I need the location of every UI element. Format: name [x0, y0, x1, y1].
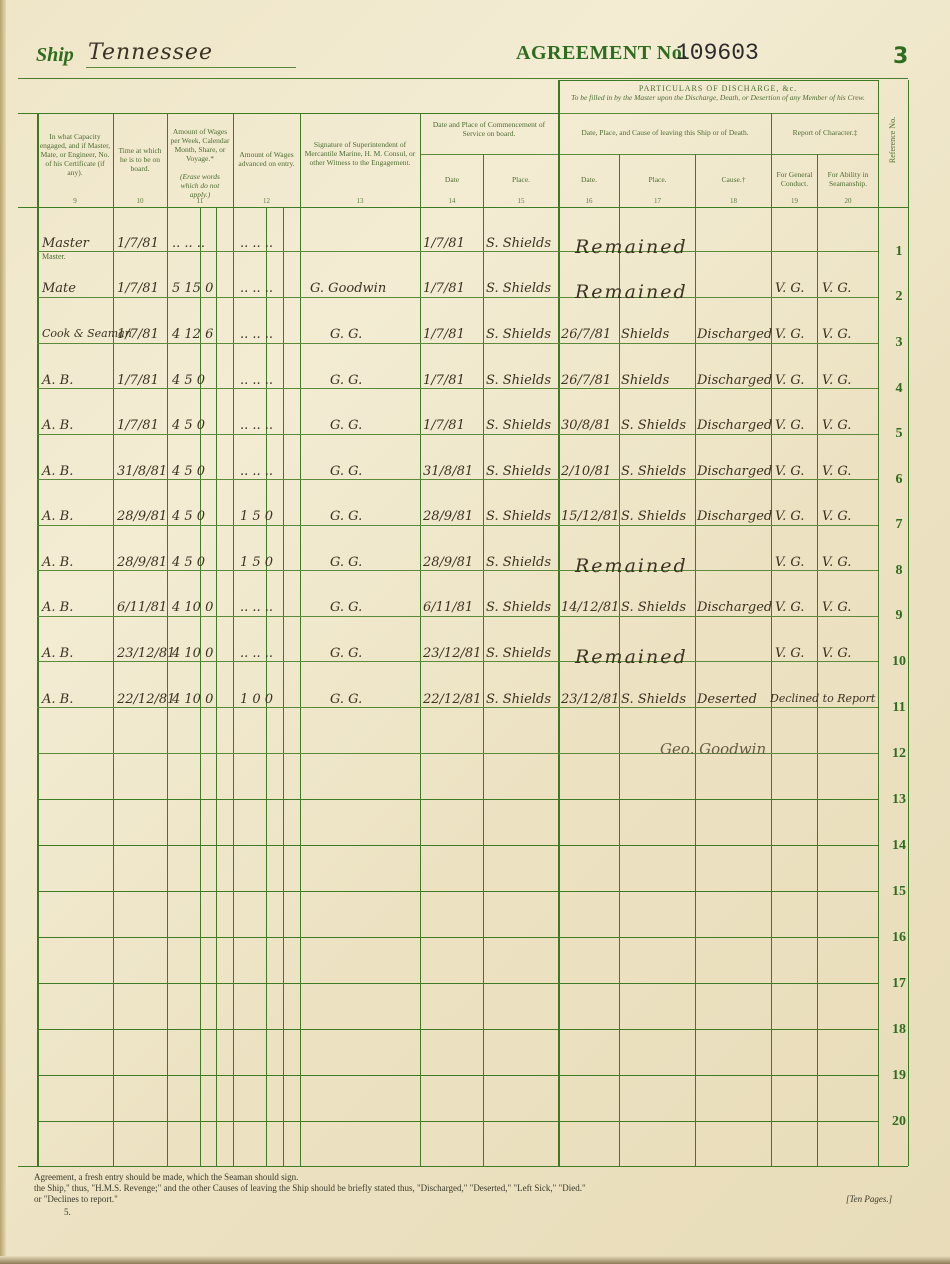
col11-note: (Erase words which do not apply.): [172, 172, 228, 199]
discharge-group-subtitle: To be filled in by the Master upon the D…: [566, 93, 870, 102]
row-11-start-date: 22/12/81: [423, 692, 481, 707]
row-3-end-date: 26/7/81: [561, 327, 611, 342]
row-line: [37, 983, 878, 984]
row-line: [37, 1029, 878, 1030]
master-signature: Geo. Goodwin: [660, 740, 766, 758]
row-4-cause: Discharged: [697, 373, 772, 388]
row-3-wages: 4 12 6: [172, 327, 213, 342]
row-6-wages: 4 5 0: [172, 464, 205, 479]
footnote-line-1: Agreement, a fresh entry should be made,…: [34, 1172, 298, 1182]
row-line: [37, 525, 878, 526]
row-10-ability: V. G.: [822, 646, 851, 661]
row-11-end-date: 23/12/81: [561, 692, 619, 707]
reference-number: 3: [885, 335, 913, 351]
row-8-start-place: S. Shields: [486, 555, 551, 570]
row-6-end-place: S. Shields: [621, 464, 686, 479]
col-line: [817, 154, 818, 1166]
row-8-wages: 4 5 0: [172, 555, 205, 570]
row-3-advance: .. .. ..: [240, 327, 273, 342]
reference-number: 10: [885, 654, 913, 670]
col19-header: For General Conduct.: [773, 170, 816, 188]
col15-number: 15: [485, 197, 557, 206]
reference-number: 18: [885, 1022, 913, 1038]
top-rule: [18, 78, 908, 79]
row-4-witness: G. G.: [330, 373, 362, 388]
row-line: [37, 1075, 878, 1076]
row-2-cause: Remained: [575, 281, 688, 303]
row-line: [37, 479, 878, 480]
reference-number: 1: [885, 244, 913, 260]
row-7-witness: G. G.: [330, 509, 362, 524]
page-edge: [0, 0, 6, 1264]
reference-number: 8: [885, 563, 913, 579]
row-line: [37, 799, 878, 800]
row-7-capacity: A. B.: [42, 509, 73, 524]
row-4-conduct: V. G.: [775, 373, 804, 388]
row-5-witness: G. G.: [330, 418, 362, 433]
row-3-cause: Discharged: [697, 327, 772, 342]
col19-number: 19: [773, 197, 816, 206]
col12-number: 12: [235, 197, 298, 206]
row-9-wages: 4 10 0: [172, 600, 213, 615]
row-2-wages: 5 15 0: [172, 281, 213, 296]
col-line: [695, 154, 696, 1166]
row-9-ability: V. G.: [822, 600, 851, 615]
table-bottom-rule: [18, 1166, 908, 1167]
col20-header: For Ability in Seamanship.: [819, 170, 877, 188]
row-9-end-date: 14/12/81: [561, 600, 619, 615]
reference-number: 13: [885, 792, 913, 808]
bottom-edge: [0, 1256, 950, 1264]
row-1-advance: .. .. ..: [240, 236, 273, 251]
agreement-number: 109603: [676, 40, 759, 66]
ship-name: Tennessee: [88, 40, 213, 65]
row-4-capacity: A. B.: [42, 373, 73, 388]
row-line: [37, 937, 878, 938]
master-printed-label: Master.: [42, 252, 66, 261]
leaving-group-header: Date, Place, and Cause of leaving this S…: [560, 128, 770, 137]
col18-number: 18: [697, 197, 770, 206]
row-7-start-date: 28/9/81: [423, 509, 473, 524]
form-number: 5.: [64, 1207, 71, 1217]
col10-header: Time at which he is to be on board.: [115, 146, 165, 173]
col16-header: Date.: [560, 175, 618, 184]
row-9-advance: .. .. ..: [240, 600, 273, 615]
reference-number: 4: [885, 381, 913, 397]
col-line: [200, 207, 201, 1166]
row-9-capacity: A. B.: [42, 600, 73, 615]
row-7-end-place: S. Shields: [621, 509, 686, 524]
row-6-end-date: 2/10/81: [561, 464, 611, 479]
row-1-start-date: 1/7/81: [423, 236, 465, 251]
row-line: [37, 251, 878, 252]
row-8-ability: V. G.: [822, 555, 851, 570]
row-4-ability: V. G.: [822, 373, 851, 388]
row-6-witness: G. G.: [330, 464, 362, 479]
row-line: [37, 616, 878, 617]
row-11-advance: 1 0 0: [240, 692, 273, 707]
row-3-end-place: Shields: [621, 327, 669, 342]
col20-number: 20: [819, 197, 877, 206]
row-4-start-place: S. Shields: [486, 373, 551, 388]
row-5-time: 1/7/81: [117, 418, 159, 433]
row-4-start-date: 1/7/81: [423, 373, 465, 388]
reference-number: 12: [885, 746, 913, 762]
row-6-start-place: S. Shields: [486, 464, 551, 479]
commencement-group-header: Date and Place of Commencement of Servic…: [422, 120, 556, 138]
row-10-time: 23/12/81: [117, 646, 175, 661]
reference-number: 14: [885, 838, 913, 854]
row-11-end-place: S. Shields: [621, 692, 686, 707]
row-line: [37, 845, 878, 846]
ship-name-underline: [86, 67, 296, 68]
col9-number: 9: [39, 197, 111, 206]
row-2-capacity: Mate: [42, 281, 76, 296]
row-8-conduct: V. G.: [775, 555, 804, 570]
col-line: [283, 207, 284, 1166]
col-line: [113, 113, 114, 1166]
row-3-ability: V. G.: [822, 327, 851, 342]
header-bottom-rule: [18, 207, 908, 208]
row-2-start-date: 1/7/81: [423, 281, 465, 296]
row-10-advance: .. .. ..: [240, 646, 273, 661]
row-4-advance: .. .. ..: [240, 373, 273, 388]
row-11-conduct: Declined to Report: [770, 692, 875, 705]
row-4-time: 1/7/81: [117, 373, 159, 388]
discharge-group-title: PARTICULARS OF DISCHARGE, &c.: [560, 84, 876, 93]
row-6-start-date: 31/8/81: [423, 464, 473, 479]
row-4-end-place: Shields: [621, 373, 669, 388]
col13-number: 13: [302, 197, 418, 206]
row-2-advance: .. .. ..: [240, 281, 273, 296]
row-10-cause: Remained: [575, 646, 688, 668]
col-line: [167, 113, 168, 1166]
row-line: [37, 388, 878, 389]
row-9-end-place: S. Shields: [621, 600, 686, 615]
row-line: [37, 343, 878, 344]
reference-number: 20: [885, 1114, 913, 1130]
col-line: [37, 113, 39, 1166]
col11-header: Amount of Wages per Week, Calendar Month…: [169, 127, 231, 163]
col14-number: 14: [422, 197, 482, 206]
row-5-start-date: 1/7/81: [423, 418, 465, 433]
row-5-end-place: S. Shields: [621, 418, 686, 433]
row-6-conduct: V. G.: [775, 464, 804, 479]
row-7-end-date: 15/12/81: [561, 509, 619, 524]
discharge-header-top: [558, 80, 878, 81]
row-line: [37, 1121, 878, 1122]
row-5-end-date: 30/8/81: [561, 418, 611, 433]
row-10-witness: G. G.: [330, 646, 362, 661]
row-1-capacity: Master: [42, 236, 89, 251]
reference-number: 15: [885, 884, 913, 900]
col14-header: Date: [422, 175, 482, 184]
row-6-ability: V. G.: [822, 464, 851, 479]
row-3-time: 1/7/81: [117, 327, 159, 342]
row-9-witness: G. G.: [330, 600, 362, 615]
row-6-time: 31/8/81: [117, 464, 167, 479]
row-5-capacity: A. B.: [42, 418, 73, 433]
row-11-start-place: S. Shields: [486, 692, 551, 707]
row-line: [37, 297, 878, 298]
row-7-ability: V. G.: [822, 509, 851, 524]
row-7-wages: 4 5 0: [172, 509, 205, 524]
row-3-witness: G. G.: [330, 327, 362, 342]
reference-number: 16: [885, 930, 913, 946]
row-5-advance: .. .. ..: [240, 418, 273, 433]
row-11-capacity: A. B.: [42, 692, 73, 707]
row-4-end-date: 26/7/81: [561, 373, 611, 388]
reference-number: 5: [885, 426, 913, 442]
row-1-time: 1/7/81: [117, 236, 159, 251]
col-line: [216, 207, 217, 1166]
col11-number: 11: [169, 197, 231, 206]
reference-number: 11: [885, 700, 913, 716]
reference-number: 6: [885, 472, 913, 488]
row-line: [37, 661, 878, 662]
row-9-cause: Discharged: [697, 600, 772, 615]
header-top-rule: [18, 113, 558, 114]
col17-number: 17: [621, 197, 694, 206]
row-10-start-place: S. Shields: [486, 646, 551, 661]
col-line: [300, 113, 301, 1166]
col9-header: In what Capacity engaged, and if Master,…: [39, 132, 111, 177]
col13-header: Signature of Superintendent of Mercantil…: [302, 140, 418, 167]
row-7-cause: Discharged: [697, 509, 772, 524]
col10-number: 10: [115, 197, 165, 206]
col-line: [878, 80, 879, 1166]
row-11-time: 22/12/81: [117, 692, 175, 707]
row-1-start-place: S. Shields: [486, 236, 551, 251]
row-11-cause: Deserted: [697, 692, 757, 707]
col16-number: 16: [560, 197, 618, 206]
subheader-sep: [420, 154, 878, 155]
row-1-wages: .. .. ..: [172, 236, 205, 251]
reference-number: 17: [885, 976, 913, 992]
row-8-advance: 1 5 0: [240, 555, 273, 570]
row-5-start-place: S. Shields: [486, 418, 551, 433]
col-line: [771, 113, 772, 1166]
row-5-wages: 4 5 0: [172, 418, 205, 433]
col18-header: Cause.†: [697, 175, 770, 184]
row-9-start-date: 6/11/81: [423, 600, 473, 615]
row-1-cause: Remained: [575, 236, 688, 258]
reference-number: 2: [885, 289, 913, 305]
row-2-ability: V. G.: [822, 281, 851, 296]
footnote-line-2: the Ship," thus, "H.M.S. Revenge;" and t…: [34, 1183, 586, 1193]
row-9-conduct: V. G.: [775, 600, 804, 615]
row-9-time: 6/11/81: [117, 600, 167, 615]
row-9-start-place: S. Shields: [486, 600, 551, 615]
row-7-advance: 1 5 0: [240, 509, 273, 524]
ship-label: Ship: [36, 44, 74, 67]
row-10-capacity: A. B.: [42, 646, 73, 661]
row-line: [37, 434, 878, 435]
row-2-conduct: V. G.: [775, 281, 804, 296]
row-5-conduct: V. G.: [775, 418, 804, 433]
reference-number: 19: [885, 1068, 913, 1084]
col15-header: Place.: [485, 175, 557, 184]
col12-header: Amount of Wages advanced on entry.: [235, 150, 298, 168]
row-10-conduct: V. G.: [775, 646, 804, 661]
discharge-header-sep: [558, 113, 878, 114]
row-8-witness: G. G.: [330, 555, 362, 570]
row-8-time: 28/9/81: [117, 555, 167, 570]
col-line: [266, 207, 267, 1166]
col-line: [233, 113, 234, 1166]
row-7-start-place: S. Shields: [486, 509, 551, 524]
row-6-capacity: A. B.: [42, 464, 73, 479]
row-3-start-date: 1/7/81: [423, 327, 465, 342]
footnote-line-3: or "Declines to report.": [34, 1194, 118, 1204]
pages-note: [Ten Pages.]: [846, 1194, 892, 1204]
reference-number: 9: [885, 608, 913, 624]
row-11-witness: G. G.: [330, 692, 362, 707]
row-line: [37, 570, 878, 571]
character-group-header: Report of Character.‡: [773, 128, 877, 137]
row-6-cause: Discharged: [697, 464, 772, 479]
row-10-start-date: 23/12/81: [423, 646, 481, 661]
row-8-capacity: A. B.: [42, 555, 73, 570]
row-8-start-date: 28/9/81: [423, 555, 473, 570]
col-line: [558, 80, 560, 1166]
row-line: [37, 707, 878, 708]
row-line: [37, 891, 878, 892]
row-2-time: 1/7/81: [117, 281, 159, 296]
row-2-start-place: S. Shields: [486, 281, 551, 296]
form-grid: [0, 0, 950, 1264]
reference-no-header: Reference No.: [888, 115, 902, 165]
row-6-advance: .. .. ..: [240, 464, 273, 479]
col-line: [420, 113, 421, 1166]
row-4-wages: 4 5 0: [172, 373, 205, 388]
row-10-wages: 4 10 0: [172, 646, 213, 661]
col-line: [483, 154, 484, 1166]
row-2-witness: G. Goodwin: [310, 281, 386, 296]
page-number: 3: [893, 44, 908, 69]
col17-header: Place.: [621, 175, 694, 184]
agreement-label: AGREEMENT No.: [516, 42, 688, 65]
row-3-conduct: V. G.: [775, 327, 804, 342]
row-5-cause: Discharged: [697, 418, 772, 433]
row-11-wages: 4 10 0: [172, 692, 213, 707]
row-7-time: 28/9/81: [117, 509, 167, 524]
row-5-ability: V. G.: [822, 418, 851, 433]
row-7-conduct: V. G.: [775, 509, 804, 524]
reference-number: 7: [885, 517, 913, 533]
row-8-cause: Remained: [575, 555, 688, 577]
row-3-start-place: S. Shields: [486, 327, 551, 342]
